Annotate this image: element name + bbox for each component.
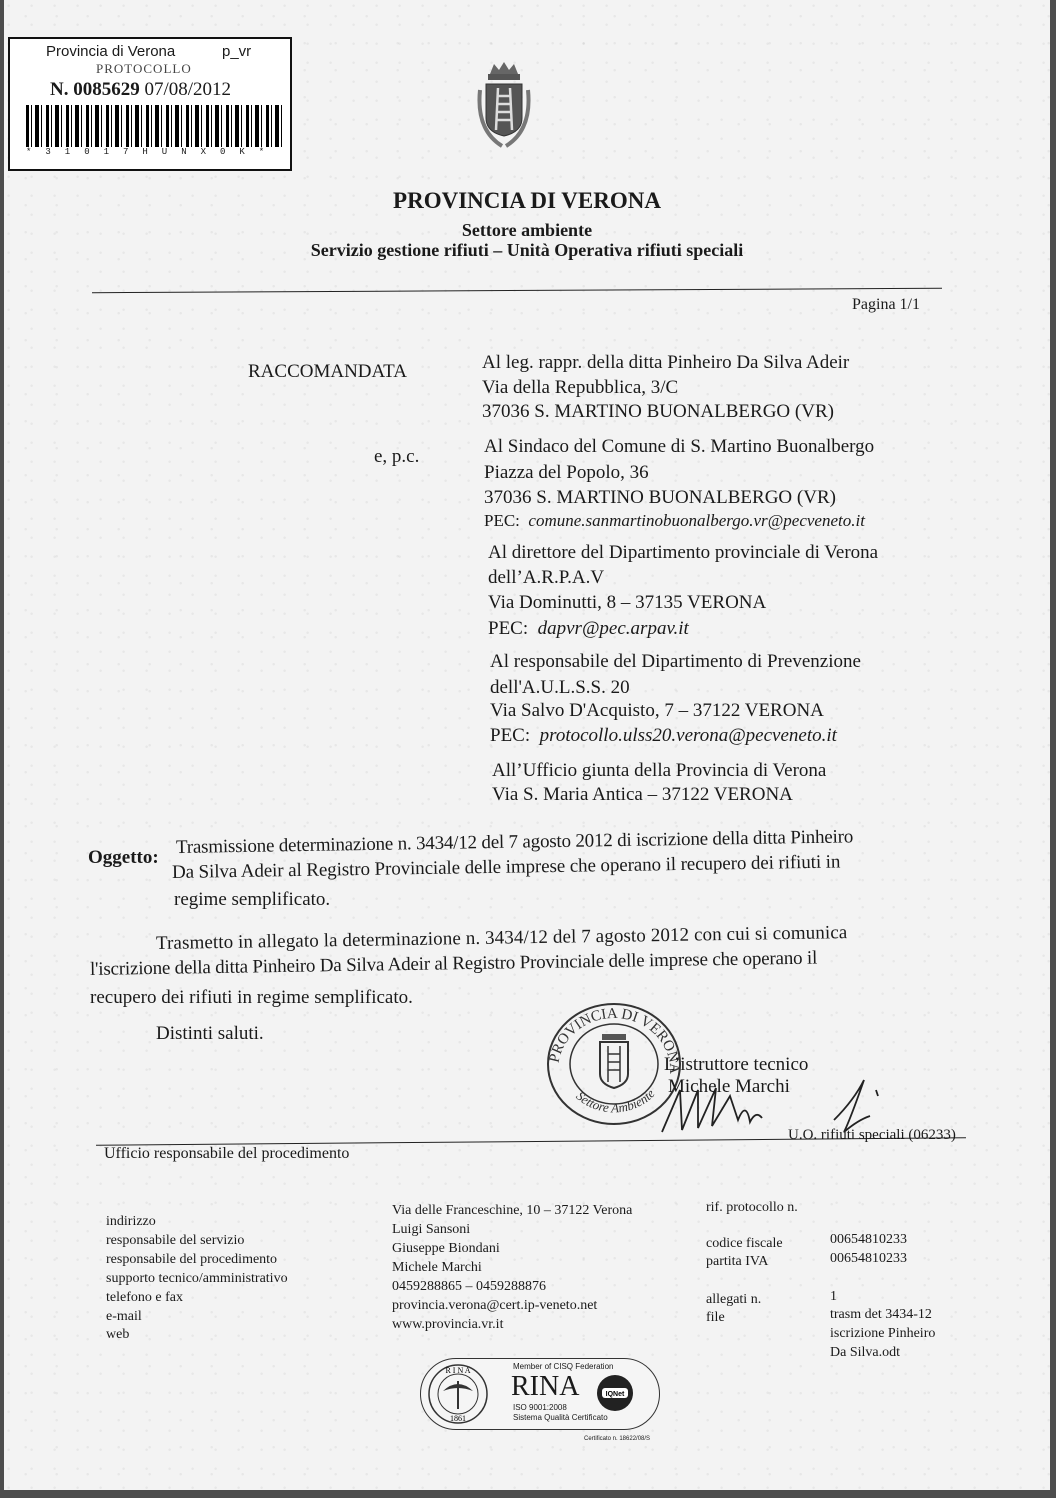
unit-code: U.O. rifiuti speciali (06233) bbox=[788, 1127, 956, 1144]
footer-label: responsabile del procedimento bbox=[106, 1250, 277, 1269]
footer-label: web bbox=[106, 1325, 129, 1344]
footer-value: Michele Marchi bbox=[392, 1258, 482, 1277]
rina-brand: RINA bbox=[511, 1371, 579, 1403]
footer-label: telefono e fax bbox=[106, 1288, 183, 1307]
service-name: Servizio gestione rifiuti – Unità Operat… bbox=[4, 240, 1050, 261]
recipient-line: 37036 S. MARTINO BUONALBERGO (VR) bbox=[482, 401, 834, 423]
svg-text:Settore Ambiente: Settore Ambiente bbox=[573, 1086, 657, 1116]
footer-label: responsabile del servizio bbox=[106, 1231, 244, 1250]
cisq-member: Member of CISQ Federation bbox=[513, 1362, 613, 1371]
closing: Distinti saluti. bbox=[156, 1023, 264, 1045]
footer-value: Via delle Franceschine, 10 – 37122 Veron… bbox=[392, 1201, 632, 1220]
seal-bottom-text: Settore Ambiente bbox=[573, 1086, 657, 1116]
footer-value: Giuseppe Biondani bbox=[392, 1239, 500, 1258]
department: Settore ambiente bbox=[4, 220, 1050, 241]
footer-label: supporto tecnico/amministrativo bbox=[106, 1269, 288, 1288]
pec-email-link[interactable]: comune.sanmartinobuonalbergo.vr@pecvenet… bbox=[528, 511, 865, 530]
iqnet-logo-icon: IQNet bbox=[595, 1373, 635, 1413]
cc-line: Al Sindaco del Comune di S. Martino Buon… bbox=[484, 436, 874, 458]
footer-label: e-mail bbox=[106, 1307, 142, 1326]
protocol-stamp: Provincia di Verona p_vr PROTOCOLLO N. 0… bbox=[8, 37, 292, 171]
stamp-issuer: Provincia di Verona bbox=[46, 43, 175, 60]
cc-line: Piazza del Popolo, 36 bbox=[484, 462, 649, 484]
cc-label: e, p.c. bbox=[374, 446, 419, 468]
svg-text:R I N A: R I N A bbox=[445, 1366, 470, 1375]
page-number: Pagina 1/1 bbox=[852, 296, 920, 314]
file-name-line: trasm det 3434-12 bbox=[830, 1305, 932, 1324]
attachments-label: allegati n. bbox=[706, 1290, 761, 1309]
footer-value: 0459288865 – 0459288876 bbox=[392, 1277, 546, 1296]
cc-pec: PEC: comune.sanmartinobuonalbergo.vr@pec… bbox=[484, 511, 865, 531]
recipient-line: Via della Repubblica, 3/C bbox=[482, 377, 678, 399]
file-label: file bbox=[706, 1308, 725, 1327]
rina-logo-icon: R I N A 1861 bbox=[427, 1363, 489, 1425]
pec-email-link[interactable]: dapvr@pec.arpav.it bbox=[538, 618, 689, 639]
file-name-line: iscrizione Pinheiro bbox=[830, 1324, 935, 1343]
cc-line: 37036 S. MARTINO BUONALBERGO (VR) bbox=[484, 487, 836, 509]
cc-line: Al responsabile del Dipartimento di Prev… bbox=[490, 651, 861, 673]
barcode-icon bbox=[26, 105, 282, 147]
barcode-text: *31017HUNX0K* bbox=[26, 147, 282, 157]
ref-protocol-label: rif. protocollo n. bbox=[706, 1198, 798, 1217]
file-name-line: Da Silva.odt bbox=[830, 1343, 900, 1362]
document-page: Provincia di Verona p_vr PROTOCOLLO N. 0… bbox=[4, 0, 1050, 1490]
email-link[interactable]: provincia.verona@cert.ip-veneto.net bbox=[392, 1296, 597, 1315]
cc-line: Via Salvo D'Acquisto, 7 – 37122 VERONA bbox=[490, 700, 824, 722]
subject-label: Oggetto: bbox=[88, 847, 159, 869]
certificate-number: Certificato n. 18622/08/S bbox=[584, 1436, 650, 1442]
fiscal-code-value: 00654810233 bbox=[830, 1230, 907, 1249]
vat-label: partita IVA bbox=[706, 1252, 768, 1271]
cc-line: Via Dominutti, 8 – 37135 VERONA bbox=[488, 592, 766, 614]
cc-pec: PEC: protocollo.ulss20.verona@pecveneto.… bbox=[490, 725, 837, 747]
quality-system: Sistema Qualità Certificato bbox=[513, 1413, 608, 1422]
footer-value: Luigi Sansoni bbox=[392, 1220, 470, 1239]
coat-of-arms-icon bbox=[472, 60, 536, 150]
office-title: Ufficio responsabile del procedimento bbox=[104, 1145, 349, 1163]
cc-line: Al direttore del Dipartimento provincial… bbox=[488, 542, 878, 564]
pec-email-link[interactable]: protocollo.ulss20.verona@pecveneto.it bbox=[540, 725, 837, 746]
protocol-number: 0085629 bbox=[73, 79, 140, 100]
footer-label: indirizzo bbox=[106, 1212, 156, 1231]
cc-line: Via S. Maria Antica – 37122 VERONA bbox=[492, 784, 793, 806]
iso-standard: ISO 9001:2008 bbox=[513, 1403, 567, 1412]
stamp-number-line: N. 0085629 07/08/2012 bbox=[50, 79, 231, 101]
vat-value: 00654810233 bbox=[830, 1249, 907, 1268]
fiscal-code-label: codice fiscale bbox=[706, 1234, 783, 1253]
cc-line: dell'A.U.L.S.S. 20 bbox=[490, 677, 630, 699]
recipient-line: Al leg. rappr. della ditta Pinheiro Da S… bbox=[482, 352, 849, 374]
cc-line: All’Ufficio giunta della Provincia di Ve… bbox=[492, 760, 826, 782]
cc-pec: PEC: dapvr@pec.arpav.it bbox=[488, 618, 689, 640]
rina-certification-badge: R I N A 1861 Member of CISQ Federation R… bbox=[420, 1358, 660, 1430]
delivery-type: RACCOMANDATA bbox=[248, 361, 407, 383]
cc-line: dell’A.R.P.A.V bbox=[488, 567, 604, 589]
page-title: PROVINCIA DI VERONA bbox=[4, 188, 1050, 214]
stamp-label: PROTOCOLLO bbox=[96, 61, 192, 77]
body-line: recupero dei rifiuti in regime semplific… bbox=[90, 987, 413, 1009]
svg-text:IQNet: IQNet bbox=[606, 1391, 625, 1398]
web-link[interactable]: www.provincia.vr.it bbox=[392, 1315, 503, 1334]
protocol-date: 07/08/2012 bbox=[144, 79, 231, 100]
stamp-code: p_vr bbox=[222, 43, 251, 60]
subject-line: regime semplificato. bbox=[174, 889, 330, 911]
attachments-count: 1 bbox=[830, 1287, 837, 1306]
svg-text:1861: 1861 bbox=[450, 1414, 466, 1423]
header-divider bbox=[92, 288, 942, 293]
